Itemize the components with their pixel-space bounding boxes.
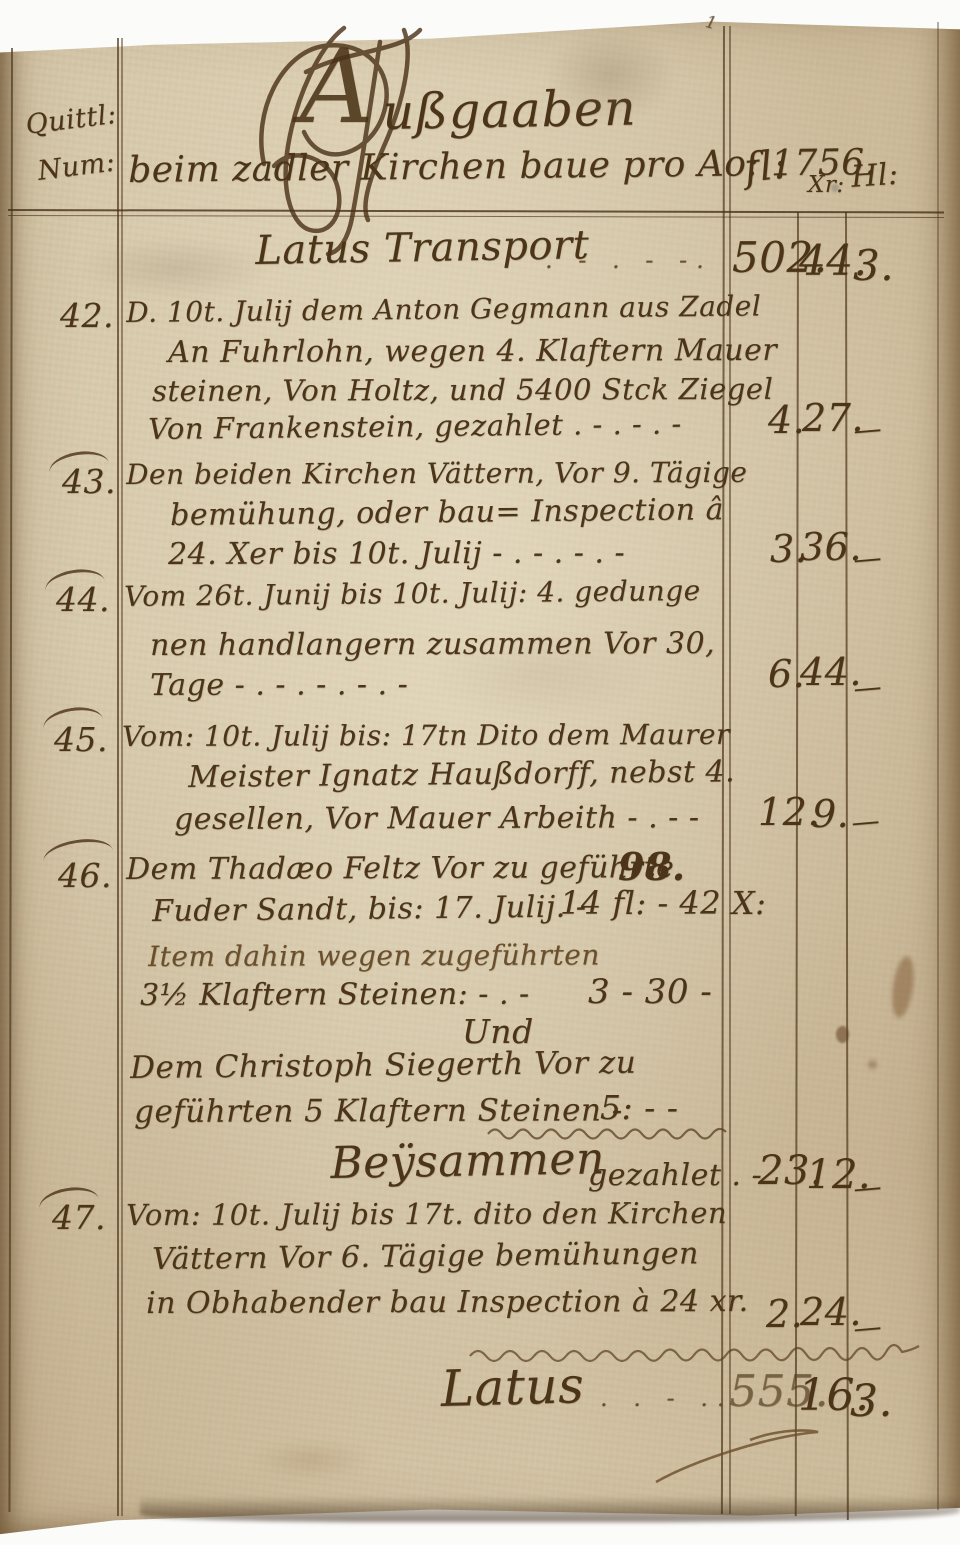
entry-amount-hl-dash: — — [850, 804, 881, 839]
entry-line: steinen, Von Holtz, und 5400 Stck Ziegel — [152, 372, 773, 408]
entry-line: Vom 26t. Junij bis 10t. Julij: 4. gedung… — [124, 574, 701, 613]
entry-sum-rest: gezahlet . - — [588, 1158, 762, 1193]
currency-header-xr: Xr: — [808, 172, 845, 198]
entry-amount-hl-dash: — — [852, 412, 883, 447]
show-through-ghost — [430, 630, 650, 720]
entry-line: Den beiden Kirchen Vättern, Vor 9. Tägig… — [126, 456, 748, 491]
entry-line: 24. Xer bis 10t. Julij - . - . - . - — [168, 535, 625, 572]
entry-sum-word: Beÿsammen — [330, 1133, 605, 1189]
transport-amount-hl: 3. — [853, 241, 894, 290]
entry-line: Vom: 10t. Julij bis: 17tn Dito dem Maure… — [122, 718, 730, 753]
latus-leader-dots: . . - .. — [600, 1384, 734, 1412]
entry-amount-xr: 9. — [812, 792, 849, 836]
entry-number: 45. — [54, 720, 108, 759]
entry-inline-quantity: 98. — [618, 844, 686, 889]
entry-line: gesellen, Vor Mauer Arbeith - . - - — [174, 800, 700, 837]
transport-label: Latus Transport — [255, 222, 590, 274]
entry-line: bemühung, oder bau= Inspection â — [170, 492, 724, 533]
entry-line: in Obhabender bau Inspection à 24 xr. — [146, 1284, 749, 1321]
ink-spot — [868, 1060, 877, 1069]
entry-line: Item dahin wegen zugeführten — [148, 938, 600, 973]
entry-inline-amount: 14 fl: - 42 X: — [560, 884, 766, 922]
show-through-ghost — [80, 238, 270, 298]
foxing-stain — [250, 1440, 370, 1480]
right-page-edge — [937, 22, 939, 1510]
entry-amount-fl: 12. — [758, 790, 820, 834]
latus-amount-hl: 3. — [850, 1376, 893, 1427]
entry-line: Vättern Vor 6. Tägige bemühungen — [152, 1236, 699, 1277]
entry-line: Dem Christoph Siegerth Vor zu — [130, 1045, 636, 1086]
show-through-ghost — [545, 28, 675, 123]
entry-amount-fl: 4. — [768, 398, 805, 442]
closing-flourish — [650, 1424, 825, 1486]
ledger-scan: 1 Quittl: Num: A ußgaaben beim zadler Ki… — [0, 0, 960, 1545]
entry-number: 47. — [52, 1198, 106, 1237]
entry-line: Meister Ignatz Haußdorff, nebst 4. — [188, 754, 735, 795]
entry-line: 3½ Klaftern Steinen: - . - — [140, 977, 530, 1013]
entry-amount-fl: 2. — [766, 1292, 803, 1336]
entry-inline-amount: 3 - 30 - — [588, 972, 712, 1012]
entry-line: D. 10t. Julij dem Anton Gegmann aus Zade… — [126, 289, 761, 329]
entry-line: Dem Thadæo Feltz Vor zu geführte — [126, 850, 674, 887]
currency-header-hl: Hl: — [850, 157, 900, 195]
entry-line: An Fuhrlohn, wegen 4. Klaftern Mauer — [168, 333, 777, 370]
entry-line: Von Frankenstein, gezahlet . - . - . - — [148, 406, 682, 446]
paper-speck — [831, 184, 839, 192]
entry-number: 44. — [56, 580, 110, 619]
entry-line: Fuder Sandt, bis: 17. Julij. - — [152, 889, 587, 929]
entry-number: 42. — [60, 296, 114, 335]
bottom-page-edge-shadow — [140, 1496, 960, 1522]
entry-amount-hl-dash: — — [852, 1170, 883, 1205]
entry-amount-hl-dash: — — [852, 670, 883, 705]
latus-label: Latus — [440, 1356, 585, 1418]
entry-line: Vom: 10t. Julij bis 17t. dito den Kirche… — [126, 1196, 727, 1232]
entry-number: 43. — [62, 462, 116, 501]
transport-leader-dots: . - . - -. — [545, 246, 713, 274]
ink-spot — [836, 1026, 849, 1043]
currency-header-fl: fl: — [742, 142, 789, 192]
entry-number: 46. — [58, 856, 112, 895]
entry-line: Tage - . - . - . - . - — [150, 667, 408, 703]
entry-amount-hl-dash: — — [852, 541, 883, 576]
